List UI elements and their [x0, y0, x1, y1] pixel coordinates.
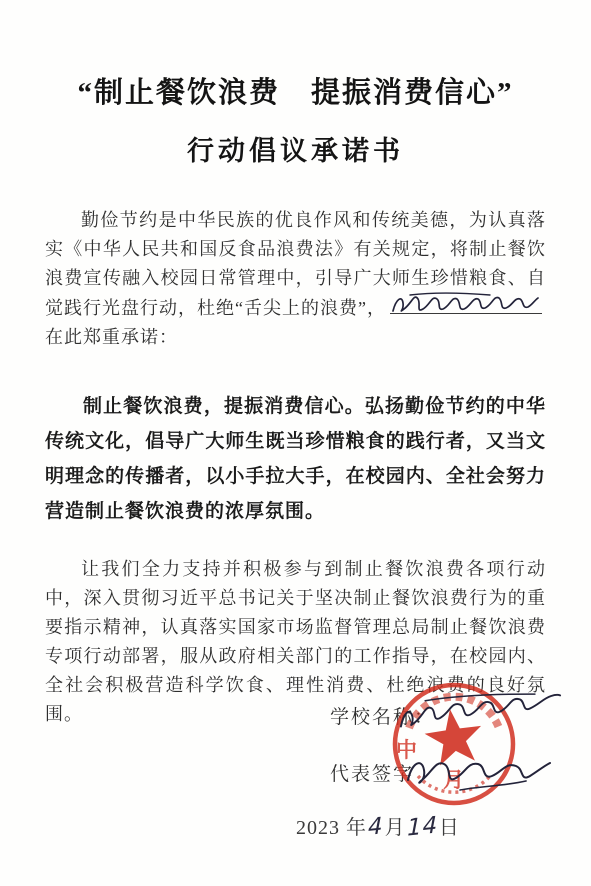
date-month-handwritten: 4 — [368, 813, 384, 841]
seal-glyph-bottom: 月 — [443, 768, 464, 792]
handwritten-school-name-inline-icon — [390, 289, 542, 319]
seal-bottom-text-marks — [418, 776, 490, 792]
document-subtitle: 行动倡议承诺书 — [20, 129, 571, 168]
date-day-handwritten: 14 — [407, 812, 438, 841]
document-title: “制止餐饮浪费 提振消费信心” — [20, 70, 571, 111]
paragraph-action: 让我们全力支持并积极参与到制止餐饮浪费各项行动中，深入贯彻习近平总书记关于坚决制… — [45, 555, 546, 729]
school-name-blank-line — [390, 293, 542, 314]
handwritten-signature-icon — [402, 750, 554, 796]
date-month-unit: 月 — [385, 817, 406, 839]
representative-signature-label: 代表签字 — [330, 759, 414, 786]
paragraph-pledge: 制止餐饮浪费，提振消费信心。弘扬勤俭节约的中华传统文化，倡导广大师生既当珍惜粮食… — [45, 389, 546, 529]
date-day-unit: 日 — [439, 817, 460, 839]
date-line: 2023 年4月14日 — [296, 811, 460, 840]
document-body: 勤俭节约是中华民族的优良作风和传统美德，为认真落实《中华人民共和国反食品浪费法》… — [0, 206, 591, 729]
pledge-lead-text: 在此郑重承诺： — [45, 327, 178, 347]
date-year-unit: 年 — [346, 817, 367, 839]
paragraph-intro: 勤俭节约是中华民族的优良作风和传统美德，为认真落实《中华人民共和国反食品浪费法》… — [45, 206, 546, 352]
date-year: 2023 — [296, 817, 340, 839]
seal-glyph-left: 中 — [396, 738, 417, 762]
document-page: “制止餐饮浪费 提振消费信心” 行动倡议承诺书 勤俭节约是中华民族的优良作风和传… — [0, 0, 591, 886]
